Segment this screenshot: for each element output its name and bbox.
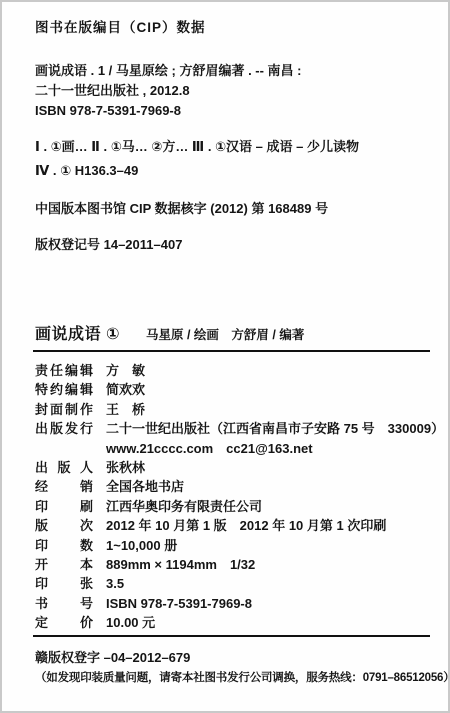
colophon-row-label: 书号	[35, 594, 93, 613]
colophon-row: 版次 2012 年 10 月第 1 版 2012 年 10 月第 1 次印刷	[35, 516, 430, 535]
colophon-row-value: 10.00 元	[106, 613, 155, 632]
colophon-row: 定价 10.00 元	[35, 613, 430, 632]
colophon-row-value: 889mm × 1194mm 1/32	[106, 555, 255, 574]
colophon-row: 特约编辑 简欢欢	[35, 380, 430, 399]
colophon-row: 印张 3.5	[35, 574, 430, 593]
colophon-row-label: 开本	[35, 555, 93, 574]
cip-classification-line: Ⅰ . ①画… Ⅱ . ①马… ②方… Ⅲ . ①汉语 – 成语 – 少儿读物	[35, 135, 430, 159]
colophon-row-label: 出版人	[35, 458, 93, 477]
colophon-row-value: www.21cccc.com cc21@163.net	[106, 439, 313, 458]
cip-description-line: 二十一世纪出版社 , 2012.8	[35, 81, 430, 101]
cip-classification-line: Ⅳ . ① H136.3–49	[35, 159, 430, 183]
copyright-page: 图书在版编目（CIP）数据 画说成语 . 1 / 马星原绘 ; 方舒眉编著 . …	[0, 0, 450, 713]
cip-description-block: 画说成语 . 1 / 马星原绘 ; 方舒眉编著 . -- 南昌 : 二十一世纪出…	[35, 61, 430, 121]
colophon-row-value: 全国各地书店	[106, 477, 184, 496]
colophon-row-label: 出版发行	[35, 419, 93, 438]
colophon-row-value: 1~10,000 册	[106, 536, 177, 555]
colophon-row-label	[35, 439, 93, 458]
colophon-row: 封面制作 王 桥	[35, 400, 430, 419]
colophon-row-label: 印张	[35, 574, 93, 593]
colophon-row-value: 江西华奥印务有限责任公司	[106, 497, 262, 516]
colophon-row-value: 方 敏	[106, 361, 145, 380]
quality-notice: （如发现印装质量问题，请寄本社图书发行公司调换，服务热线：0791–865120…	[35, 669, 430, 685]
colophon-row: www.21cccc.com cc21@163.net	[35, 439, 430, 458]
colophon-header: 画说成语 ① 马星原 / 绘画 方舒眉 / 编著	[35, 321, 430, 344]
colophon-row-label: 责任编辑	[35, 361, 93, 380]
divider-top	[33, 350, 430, 352]
colophon-row-value: 王 桥	[106, 400, 145, 419]
colophon-row: 印刷 江西华奥印务有限责任公司	[35, 497, 430, 516]
copyright-registration-number: 版权登记号 14–2011–407	[35, 234, 430, 253]
colophon-row-value: 2012 年 10 月第 1 版 2012 年 10 月第 1 次印刷	[106, 516, 386, 535]
colophon-row: 出版人 张秋林	[35, 458, 430, 477]
colophon-row-value: 二十一世纪出版社（江西省南昌市子安路 75 号 330009）	[106, 419, 444, 438]
colophon-rows: 责任编辑 方 敏 特约编辑 简欢欢 封面制作 王 桥 出版发行 二十一世纪出版社…	[35, 361, 430, 633]
colophon-row: 印数 1~10,000 册	[35, 536, 430, 555]
cip-classification-block: Ⅰ . ①画… Ⅱ . ①马… ②方… Ⅲ . ①汉语 – 成语 – 少儿读物 …	[35, 135, 430, 183]
cip-heading: 图书在版编目（CIP）数据	[35, 16, 430, 36]
colophon-row: 书号 ISBN 978-7-5391-7969-8	[35, 594, 430, 613]
colophon-row: 出版发行 二十一世纪出版社（江西省南昌市子安路 75 号 330009）	[35, 419, 430, 438]
colophon-row-value: 张秋林	[106, 458, 145, 477]
colophon-row-value: ISBN 978-7-5391-7969-8	[106, 594, 252, 613]
cip-description-line: 画说成语 . 1 / 马星原绘 ; 方舒眉编著 . -- 南昌 :	[35, 61, 430, 81]
colophon-row-label: 特约编辑	[35, 380, 93, 399]
colophon-row-label: 经销	[35, 477, 93, 496]
colophon-row: 经销 全国各地书店	[35, 477, 430, 496]
colophon-row-label: 印数	[35, 536, 93, 555]
colophon-row: 开本 889mm × 1194mm 1/32	[35, 555, 430, 574]
colophon-row-label: 印刷	[35, 497, 93, 516]
local-registration-number: 赣版权登字 –04–2012–679	[35, 647, 430, 666]
colophon-row: 责任编辑 方 敏	[35, 361, 430, 380]
colophon-row-value: 3.5	[106, 574, 124, 593]
book-credits: 马星原 / 绘画 方舒眉 / 编著	[146, 325, 304, 343]
colophon-row-value: 简欢欢	[106, 380, 145, 399]
divider-bottom	[33, 635, 430, 637]
book-title: 画说成语 ①	[35, 321, 120, 344]
colophon-row-label: 版次	[35, 516, 93, 535]
colophon-row-label: 封面制作	[35, 400, 93, 419]
cip-isbn-line: ISBN 978-7-5391-7969-8	[35, 101, 430, 121]
colophon-row-label: 定价	[35, 613, 93, 632]
cip-record-number: 中国版本图书馆 CIP 数据核字 (2012) 第 168489 号	[35, 198, 430, 217]
